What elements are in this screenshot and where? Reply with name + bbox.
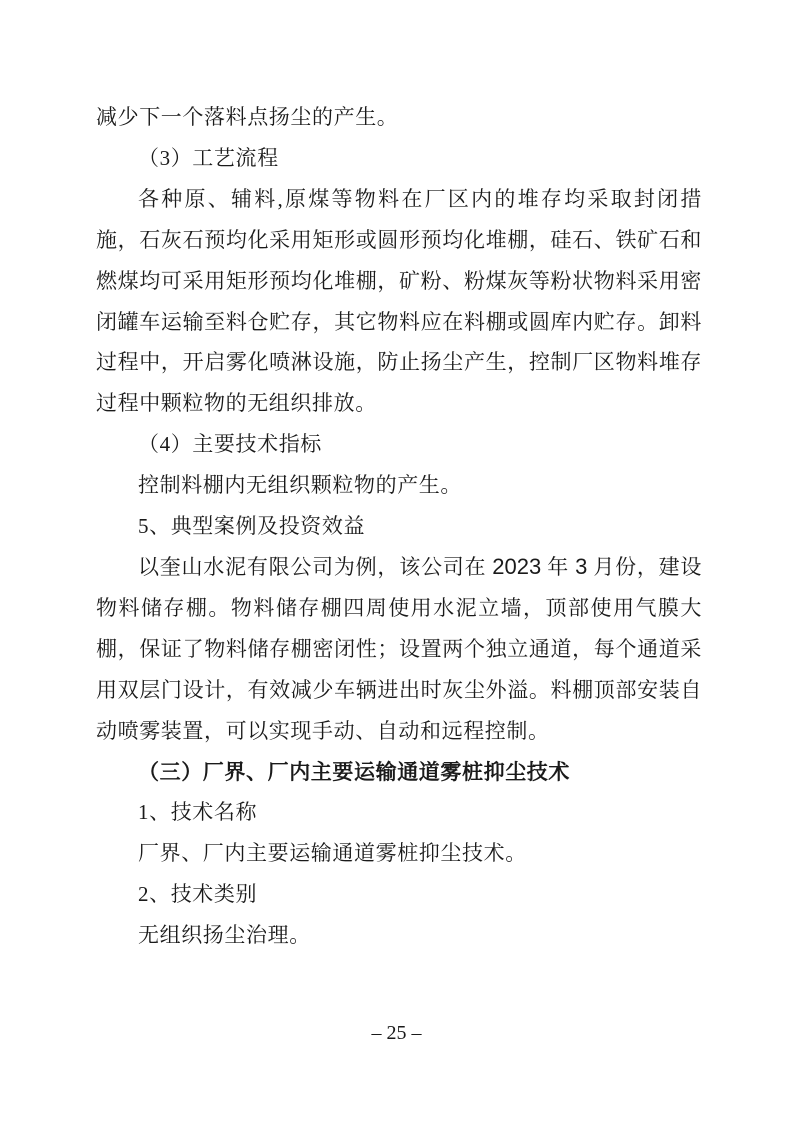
paragraph: 各种原、辅料,原煤等物料在厂区内的堆存均采取封闭措施，石灰石预均化采用矩形或圆形… — [96, 179, 702, 424]
paragraph: （3）工艺流程 — [96, 138, 702, 179]
paragraph: （4）主要技术指标 — [96, 424, 702, 465]
document-body: 减少下一个落料点扬尘的产生。（3）工艺流程各种原、辅料,原煤等物料在厂区内的堆存… — [96, 97, 702, 956]
page-footer: – 25 – — [0, 1022, 793, 1045]
paragraph: 5、典型案例及投资效益 — [96, 506, 702, 547]
paragraph: 控制料棚内无组织颗粒物的产生。 — [96, 465, 702, 506]
page-number: – 25 – — [372, 1022, 422, 1044]
paragraph: 1、技术名称 — [96, 792, 702, 833]
numeral: 2023 — [492, 554, 541, 579]
paragraph: 无组织扬尘治理。 — [96, 915, 702, 956]
paragraph: 减少下一个落料点扬尘的产生。 — [96, 97, 702, 138]
paragraph: 厂界、厂内主要运输通道雾桩抑尘技术。 — [96, 833, 702, 874]
document-page: 减少下一个落料点扬尘的产生。（3）工艺流程各种原、辅料,原煤等物料在厂区内的堆存… — [0, 0, 793, 1123]
numeral: 3 — [575, 554, 587, 579]
paragraph: 以奎山水泥有限公司为例，该公司在 2023 年 3 月份，建设物料储存棚。物料储… — [96, 547, 702, 752]
paragraph: 2、技术类别 — [96, 874, 702, 915]
section-heading: （三）厂界、厂内主要运输通道雾桩抑尘技术 — [96, 752, 702, 793]
